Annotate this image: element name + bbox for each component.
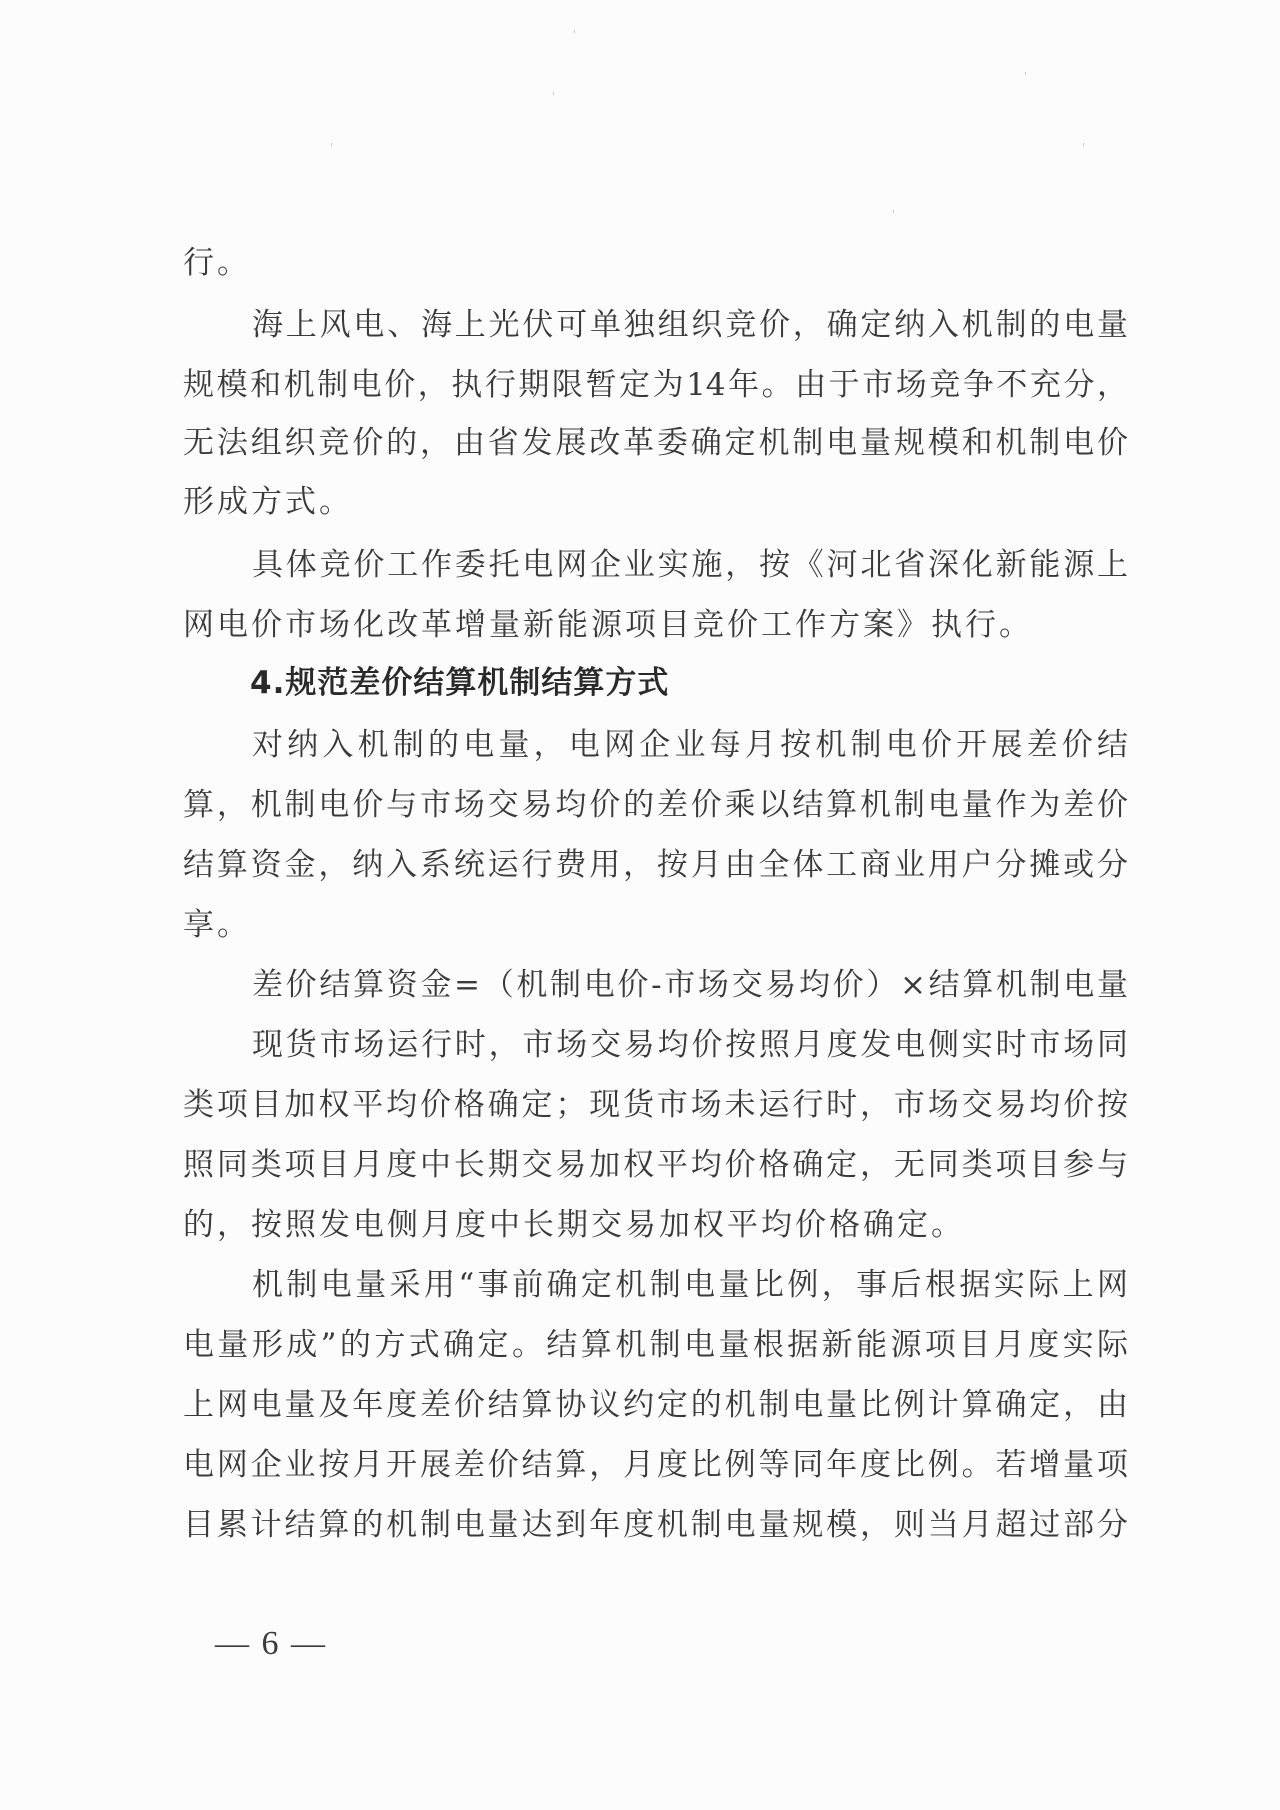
section-heading: 4.规范差价结算机制结算方式 xyxy=(250,661,669,705)
paragraph-line: 网电价市场化改革增量新能源项目竞价工作方案》执行。 xyxy=(183,603,1128,647)
paragraph-line: 形成方式。 xyxy=(183,480,1128,524)
paragraph-line: 电网企业按月开展差价结算，月度比例等同年度比例。若增量项 xyxy=(183,1443,1128,1487)
paragraph-line: 结算资金，纳入系统运行费用，按月由全体工商业用户分摊或分 xyxy=(183,843,1128,887)
scan-speck xyxy=(893,210,894,213)
paragraph-line: 电量形成”的方式确定。结算机制电量根据新能源项目月度实际 xyxy=(183,1323,1128,1367)
scan-speck xyxy=(1025,72,1026,75)
paragraph-continuation-line: 行。 xyxy=(183,241,1128,285)
scan-speck xyxy=(1083,143,1084,146)
scan-speck xyxy=(574,30,575,33)
paragraph-line: 机制电量采用“事前确定机制电量比例，事后根据实际上网 xyxy=(252,1263,1128,1307)
document-page: 行。 海上风电、海上光伏可单独组织竞价，确定纳入机制的电量 规模和机制电价，执行… xyxy=(0,0,1280,1810)
scan-speck xyxy=(331,143,332,146)
paragraph-line: 上网电量及年度差价结算协议约定的机制电量比例计算确定，由 xyxy=(183,1383,1128,1427)
paragraph-line: 类项目加权平均价格确定；现货市场未运行时，市场交易均价按 xyxy=(183,1083,1128,1127)
paragraph-line: 无法组织竞价的，由省发展改革委确定机制电量规模和机制电价 xyxy=(183,421,1128,465)
paragraph-line: 享。 xyxy=(183,903,1128,947)
paragraph-line: 具体竞价工作委托电网企业实施，按《河北省深化新能源上 xyxy=(252,543,1128,587)
paragraph-line: 的，按照发电侧月度中长期交易加权平均价格确定。 xyxy=(183,1203,1128,1247)
paragraph-line: 规模和机制电价，执行期限暂定为14年。由于市场竞争不充分， xyxy=(183,363,1128,407)
page-number: — 6 — xyxy=(215,1622,327,1666)
paragraph-line: 现货市场运行时，市场交易均价按照月度发电侧实时市场同 xyxy=(252,1023,1128,1067)
formula-line: 差价结算资金=（机制电价-市场交易均价）×结算机制电量 xyxy=(252,963,1128,1007)
paragraph-line: 海上风电、海上光伏可单独组织竞价，确定纳入机制的电量 xyxy=(252,303,1128,347)
scan-speck xyxy=(553,92,554,95)
paragraph-line: 对纳入机制的电量，电网企业每月按机制电价开展差价结 xyxy=(252,723,1128,767)
paragraph-line: 目累计结算的机制电量达到年度机制电量规模，则当月超过部分 xyxy=(183,1503,1128,1547)
paragraph-line: 算，机制电价与市场交易均价的差价乘以结算机制电量作为差价 xyxy=(183,783,1128,827)
paragraph-line: 照同类项目月度中长期交易加权平均价格确定，无同类项目参与 xyxy=(183,1143,1128,1187)
